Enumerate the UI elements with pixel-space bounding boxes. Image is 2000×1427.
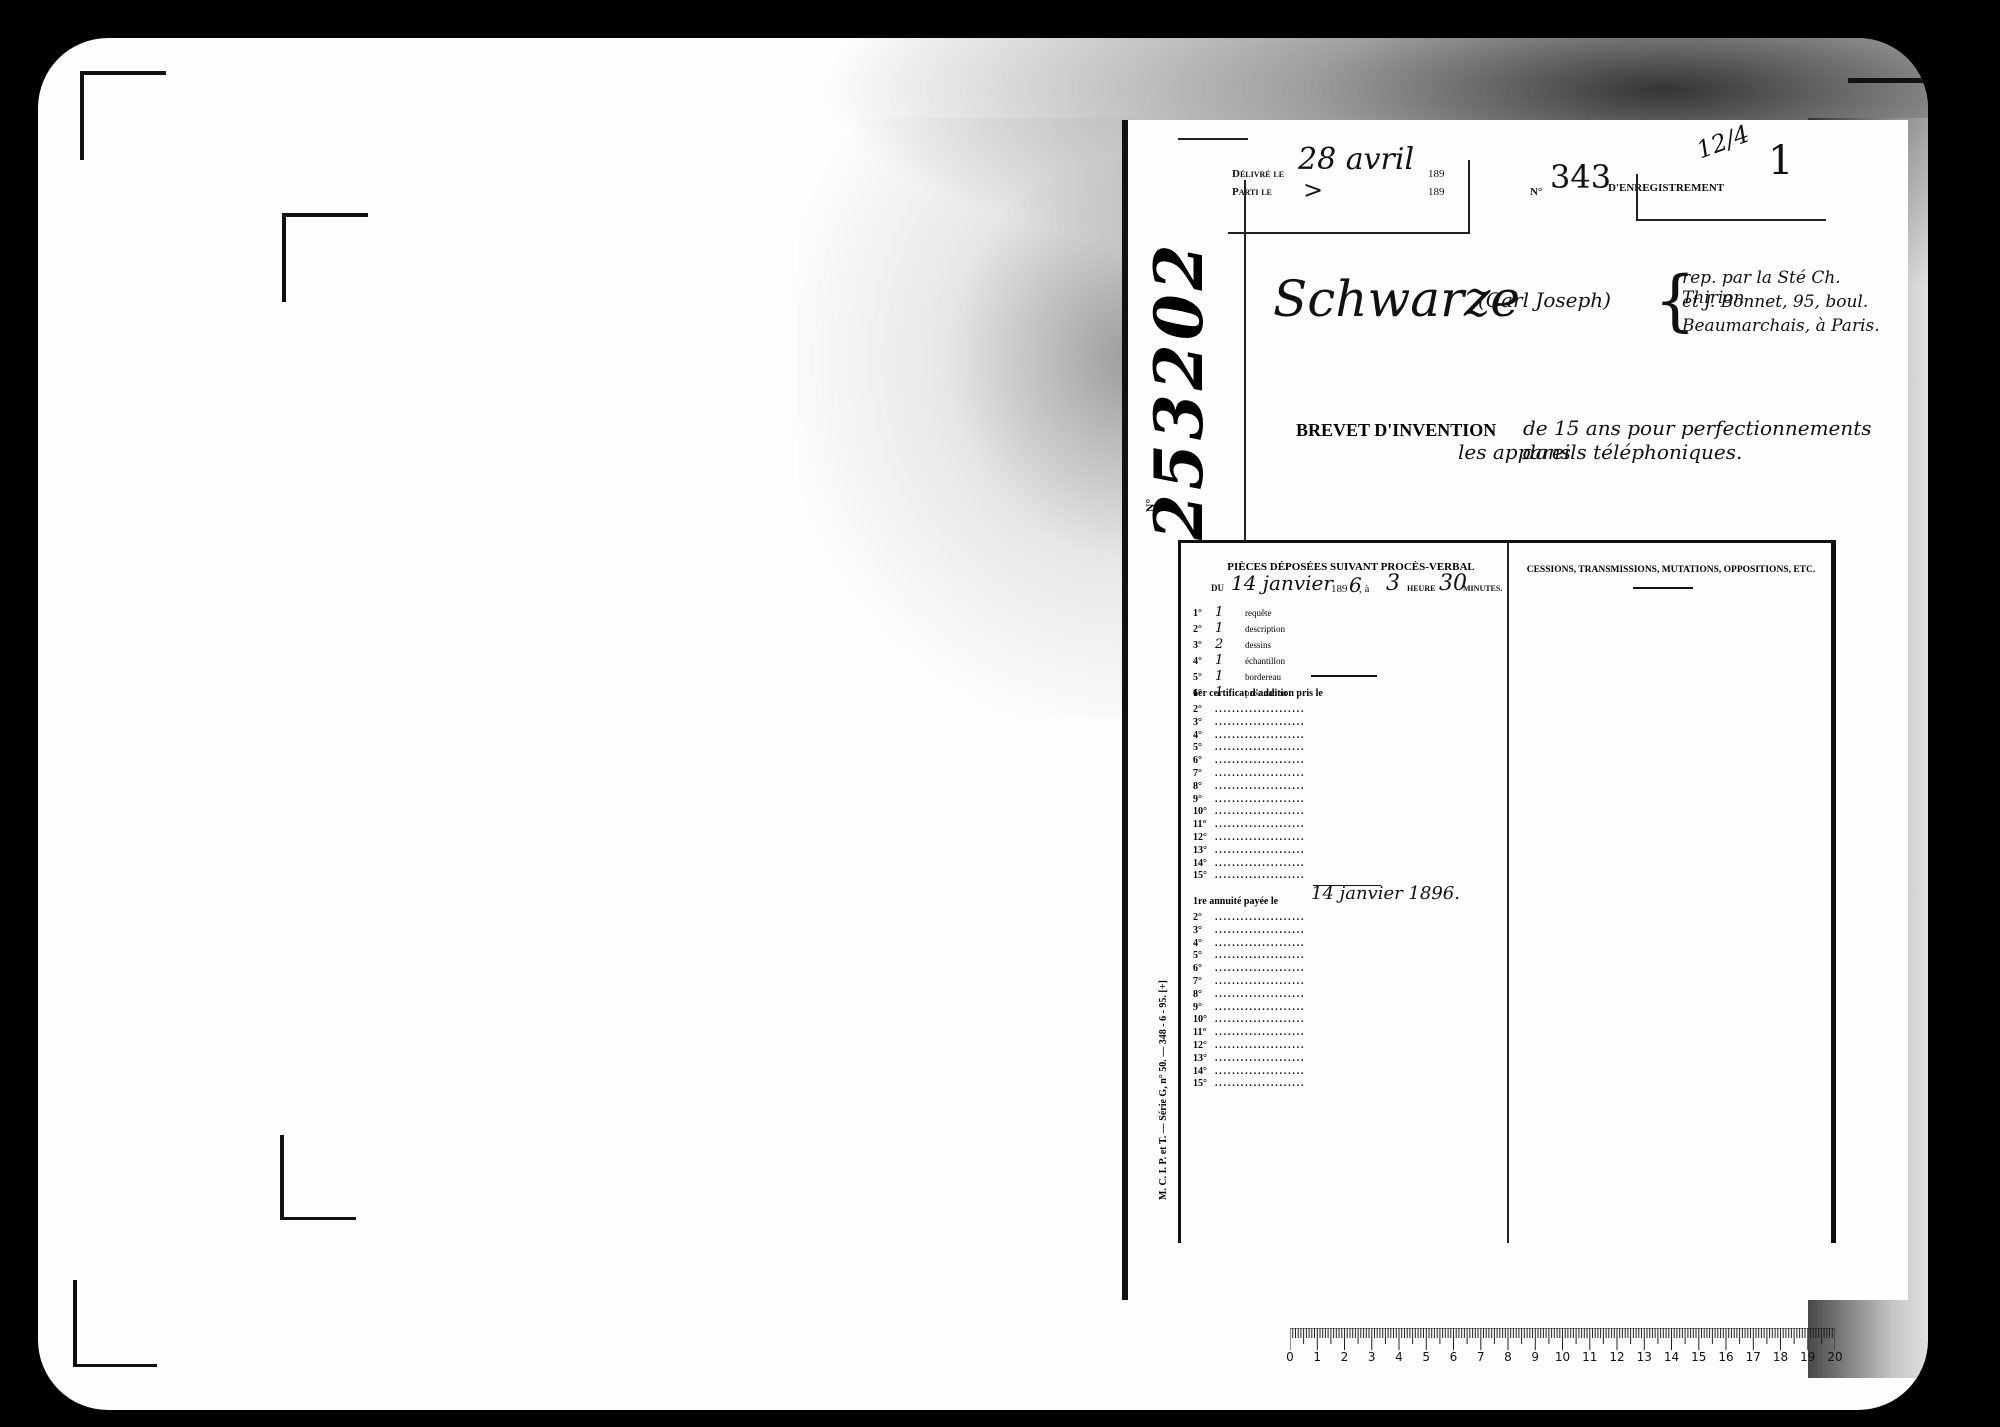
patent-record-sheet: Délivré le 28 avril 189 Parti le > 189 N… <box>1122 120 1908 1300</box>
sheet-number-box-left <box>1636 174 1638 220</box>
measurement-ruler: 01234567891011121314151617181920 <box>1290 1328 1835 1368</box>
crop-mark-top-left-outer <box>80 71 166 160</box>
annuity-row: 13°..................... <box>1193 1053 1305 1064</box>
ruler-label: 2 <box>1341 1350 1349 1364</box>
piece-row: 5°1bordereau <box>1193 669 1281 684</box>
annuity-row: 5°..................... <box>1193 950 1305 961</box>
sheet-number-box-bottom <box>1636 219 1826 221</box>
right-heading-rule <box>1633 587 1693 589</box>
ruler-label: 13 <box>1637 1350 1652 1364</box>
record-table: PIÈCES DÉPOSÉES SUIVANT PROCÈS-VERBAL DU… <box>1178 540 1836 1243</box>
annuity-first-value: 14 janvier 1896. <box>1311 883 1460 904</box>
ruler-label: 4 <box>1395 1350 1403 1364</box>
ruler-label: 9 <box>1531 1350 1539 1364</box>
certificate-first-label: 1er certificat d'addition pris le <box>1193 688 1323 699</box>
annuity-row: 4°..................... <box>1193 938 1305 949</box>
certificate-row: 15°..................... <box>1193 870 1305 881</box>
certificate-row: 12°..................... <box>1193 832 1305 843</box>
right-column-heading: CESSIONS, TRANSMISSIONS, MUTATIONS, OPPO… <box>1511 565 1831 575</box>
annuity-row: 7°..................... <box>1193 976 1305 987</box>
piece-row: 1°1requête <box>1193 605 1271 620</box>
certificate-row: 10°..................... <box>1193 806 1305 817</box>
ruler-label: 16 <box>1718 1350 1733 1364</box>
certificate-row: 7°..................... <box>1193 768 1305 779</box>
piece-row: 3°2dessins <box>1193 637 1271 652</box>
patent-number-prefix: N° <box>1143 499 1158 512</box>
parti-value: > <box>1303 176 1323 204</box>
annuity-row: 15°..................... <box>1193 1078 1305 1089</box>
certificate-row: 8°..................... <box>1193 781 1305 792</box>
certificate-row: 5°..................... <box>1193 742 1305 753</box>
annuity-row: 3°..................... <box>1193 925 1305 936</box>
certificate-row: 6°..................... <box>1193 755 1305 766</box>
ruler-label: 12 <box>1609 1350 1624 1364</box>
annuity-row: 11°..................... <box>1193 1027 1305 1038</box>
ruler-label: 19 <box>1800 1350 1815 1364</box>
certificate-row: 14°..................... <box>1193 858 1305 869</box>
certificate-row: 4°..................... <box>1193 730 1305 741</box>
ruler-label: 1 <box>1313 1350 1321 1364</box>
annuity-row: 10°..................... <box>1193 1014 1305 1025</box>
corner-annotation: 12/4 <box>1693 120 1753 165</box>
ruler-label: 14 <box>1664 1350 1679 1364</box>
ruler-label: 15 <box>1691 1350 1706 1364</box>
crop-mark-top-left-inner <box>282 213 368 302</box>
ruler-label: 17 <box>1746 1350 1761 1364</box>
representative-line2: et J. Bonnet, 95, boul. <box>1682 292 1868 312</box>
applicant-given-names: (Carl Joseph) <box>1478 288 1611 312</box>
parti-label: Parti le <box>1232 186 1272 198</box>
piece-row: 2°1description <box>1193 621 1285 636</box>
delivre-label: Délivré le <box>1232 168 1284 180</box>
parti-year: 189 <box>1428 186 1445 198</box>
ruler-ticks <box>1290 1328 1835 1352</box>
annuity-row: 8°..................... <box>1193 989 1305 1000</box>
title-label: BREVET D'INVENTION <box>1296 420 1496 441</box>
deposit-hour: 3 <box>1386 571 1400 596</box>
deposit-date: 14 janvier <box>1231 571 1333 595</box>
ruler-label: 3 <box>1368 1350 1376 1364</box>
delivre-value: 28 avril <box>1298 142 1414 177</box>
certificate-first-row: 1er certificat d'addition pris le <box>1193 688 1323 699</box>
ruler-label: 11 <box>1582 1350 1597 1364</box>
ruler-label: 8 <box>1504 1350 1512 1364</box>
annuity-row: 2°..................... <box>1193 912 1305 923</box>
du-label: DU <box>1211 583 1224 593</box>
delivre-year: 189 <box>1428 168 1445 180</box>
ruler-label: 7 <box>1477 1350 1485 1364</box>
certificate-row: 13°..................... <box>1193 845 1305 856</box>
annuity-first-label: 1re annuité payée le <box>1193 896 1278 907</box>
annuity-first-row: 1re annuité payée le <box>1193 896 1278 907</box>
annuity-row: 14°..................... <box>1193 1066 1305 1077</box>
representative-line3: Beaumarchais, à Paris. <box>1682 316 1880 336</box>
registration-prefix: N° <box>1530 186 1542 198</box>
annuity-row: 12°..................... <box>1193 1040 1305 1051</box>
deposit-year-printed: 189 <box>1331 583 1348 595</box>
column-divider <box>1507 543 1509 1243</box>
ruler-label: 0 <box>1286 1350 1294 1364</box>
minutes-label: MINUTES. <box>1463 584 1502 593</box>
crop-mark-bottom-left-outer <box>73 1280 157 1367</box>
annuity-row: 9°..................... <box>1193 1002 1305 1013</box>
certificate-row: 11°..................... <box>1193 819 1305 830</box>
ruler-label: 18 <box>1773 1350 1788 1364</box>
ruler-label: 20 <box>1827 1350 1842 1364</box>
crop-mark-bottom-left-inner <box>280 1135 356 1220</box>
a-label: , à <box>1359 583 1369 595</box>
registration-number: 343 <box>1550 158 1611 196</box>
registration-label: D'ENREGISTREMENT <box>1608 182 1724 194</box>
heure-label: HEURE <box>1407 584 1435 593</box>
certificate-row: 2°..................... <box>1193 704 1305 715</box>
number-column-rule <box>1244 180 1246 540</box>
piece-row: 4°1échantillon <box>1193 653 1285 668</box>
title-line2: les appareils téléphoniques. <box>1458 440 1742 464</box>
ruler-label: 10 <box>1555 1350 1570 1364</box>
side-imprint: M. C. I. P. et T. — Série G, n° 50. — 34… <box>1158 980 1169 1200</box>
section-rule <box>1311 675 1377 677</box>
ruler-label: 6 <box>1450 1350 1458 1364</box>
certificate-row: 3°..................... <box>1193 717 1305 728</box>
annuity-row: 6°..................... <box>1193 963 1305 974</box>
sheet-number: 1 <box>1768 138 1793 184</box>
number-column-rule-top <box>1178 138 1248 140</box>
certificate-row: 9°..................... <box>1193 794 1305 805</box>
ruler-label: 5 <box>1422 1350 1430 1364</box>
patent-number: 253202 <box>1140 210 1200 540</box>
